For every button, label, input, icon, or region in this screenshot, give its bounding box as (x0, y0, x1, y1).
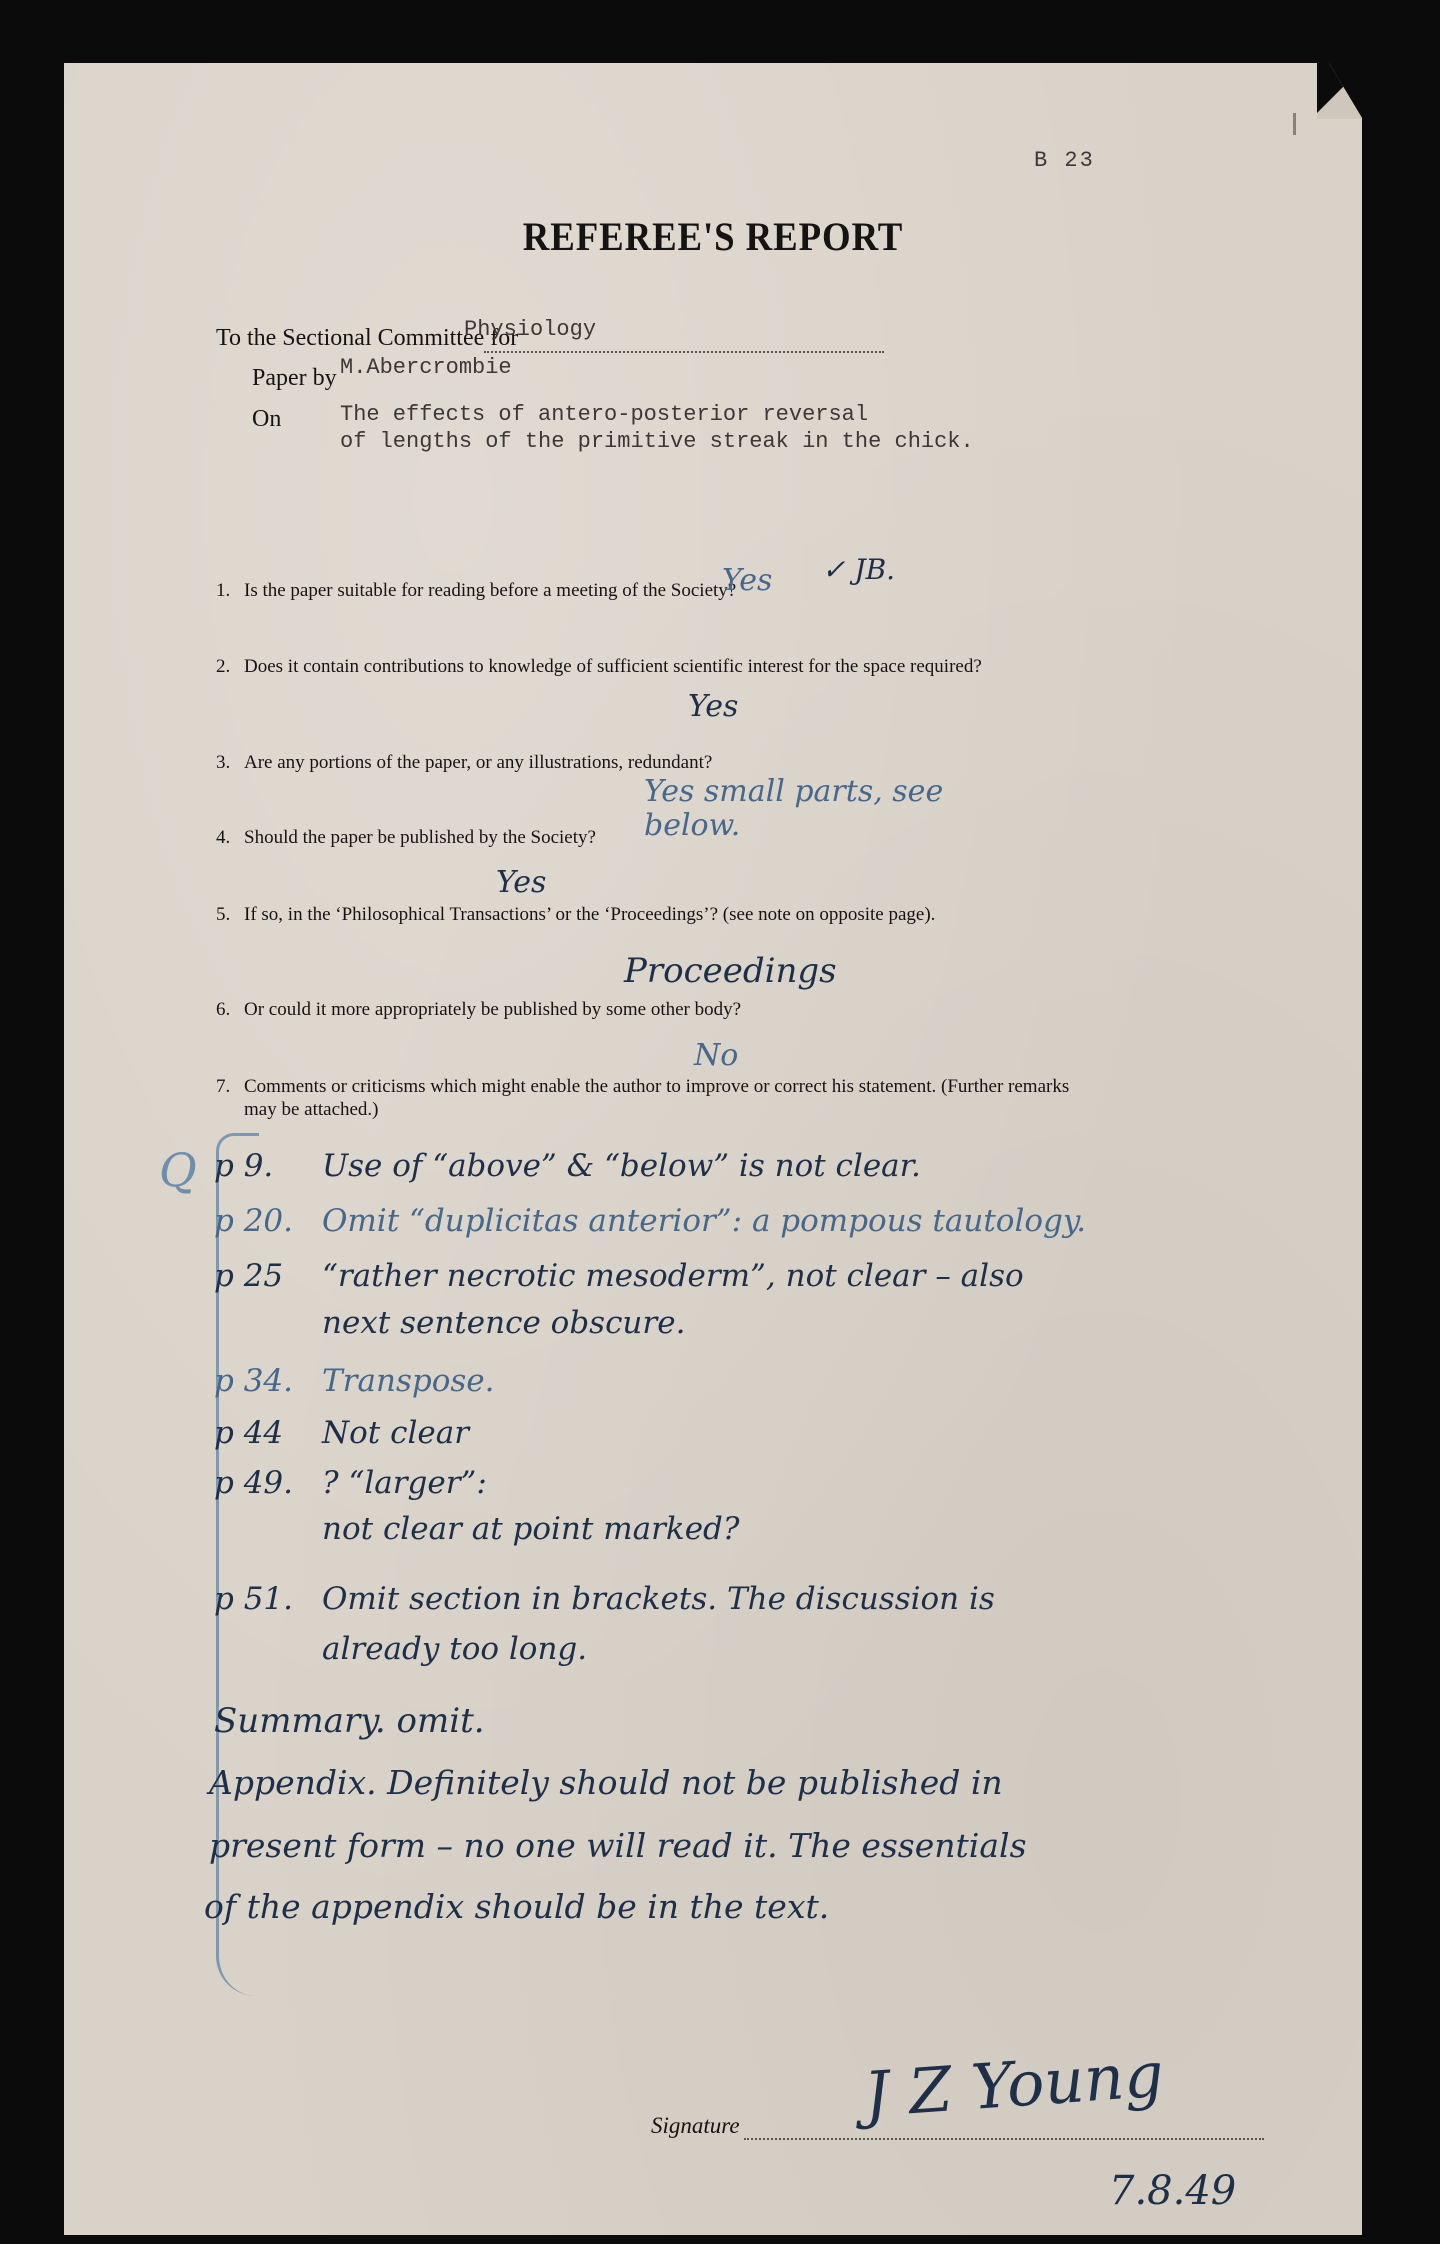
comment-text: Transpose. (322, 1363, 494, 1399)
comment-text: Use of “above” & “below” is not clear. (322, 1148, 921, 1184)
comment-text: already too long. (322, 1631, 587, 1667)
paper-by-value: M.Abercrombie (340, 355, 512, 380)
answer-5: Proceedings (624, 951, 837, 991)
question-text: If so, in the ‘Philosophical Transaction… (244, 903, 1104, 926)
question-number: 6. (216, 998, 230, 1021)
comment-page: p 20. (214, 1203, 322, 1239)
question-text: Are any portions of the paper, or any il… (244, 751, 1104, 774)
comment-item: p 20.Omit “duplicitas anterior”: a pompo… (214, 1203, 1086, 1239)
answer-4: Yes (496, 865, 546, 900)
reference-code: B 23 (1034, 148, 1095, 173)
question-text: Comments or criticisms which might enabl… (244, 1075, 1104, 1121)
appendix-note-line: of the appendix should be in the text. (204, 1887, 829, 1926)
comment-text: ? “larger”: (322, 1465, 487, 1501)
comment-item: p 9.Use of “above” & “below” is not clea… (214, 1148, 921, 1184)
comment-text: not clear at point marked? (322, 1511, 740, 1547)
comment-page: p 9. (214, 1148, 322, 1184)
question-number: 5. (216, 903, 230, 926)
document-page: B 23 REFEREE'S REPORT To the Sectional C… (64, 63, 1362, 2235)
question-number: 3. (216, 751, 230, 774)
on-label: On (252, 406, 281, 433)
comment-text: Omit “duplicitas anterior”: a pompous ta… (322, 1203, 1086, 1239)
comment-page: p 25 (214, 1258, 322, 1294)
signature-dotted-line (744, 2138, 1264, 2140)
paper-by-label: Paper by (252, 365, 337, 392)
question-text: Should the paper be published by the Soc… (244, 826, 1104, 849)
question-number: 1. (216, 579, 230, 602)
comment-item: not clear at point marked? (214, 1511, 740, 1547)
page-title: REFEREE'S REPORT (116, 213, 1310, 260)
answer-1: Yes (722, 563, 772, 598)
signature: J Z Young (862, 2038, 1166, 2132)
question-number: 4. (216, 826, 230, 849)
margin-query-mark: Q (159, 1143, 197, 1197)
paper-title-value: The effects of antero-posterior reversal… (340, 401, 974, 455)
comment-item: p 51.Omit section in brackets. The discu… (214, 1581, 995, 1617)
comment-item: next sentence obscure. (214, 1305, 685, 1341)
comment-item: p 34.Transpose. (214, 1363, 494, 1399)
comment-page: p 51. (214, 1581, 322, 1617)
question-number: 2. (216, 655, 230, 678)
appendix-note-line: present form – no one will read it. The … (209, 1826, 1027, 1865)
folded-corner (1317, 63, 1362, 119)
committee-value: Physiology (464, 317, 596, 342)
comment-item: p 25“rather necrotic mesoderm”, not clea… (214, 1258, 1024, 1294)
comment-page: p 49. (214, 1465, 322, 1501)
comment-text: Omit section in brackets. The discussion… (322, 1581, 995, 1617)
question-text: Or could it more appropriately be publis… (244, 998, 1104, 1021)
comment-item: p 44Not clear (214, 1415, 469, 1451)
answer-2: Yes (688, 689, 738, 724)
committee-dotted-line (484, 351, 884, 353)
approval-initials: ✓ JB. (822, 553, 895, 586)
comment-text: next sentence obscure. (322, 1305, 685, 1341)
answer-6: No (694, 1038, 738, 1073)
comment-text: Not clear (322, 1415, 469, 1451)
comment-item: p 49.? “larger”: (214, 1465, 487, 1501)
signature-date: 7.8.49 (1109, 2168, 1236, 2214)
question-text: Does it contain contributions to knowled… (244, 655, 1104, 678)
staple-mark (1293, 113, 1296, 135)
comment-item: already too long. (214, 1631, 587, 1667)
signature-label: Signature (651, 2113, 740, 2139)
comment-text: “rather necrotic mesoderm”, not clear – … (322, 1258, 1024, 1294)
question-number: 7. (216, 1075, 230, 1098)
summary-note: Summary. omit. (214, 1701, 485, 1741)
comment-page: p 44 (214, 1415, 322, 1451)
question-text: Is the paper suitable for reading before… (244, 579, 1104, 602)
comment-page: p 34. (214, 1363, 322, 1399)
appendix-note-line: Appendix. Definitely should not be publi… (209, 1763, 1003, 1802)
